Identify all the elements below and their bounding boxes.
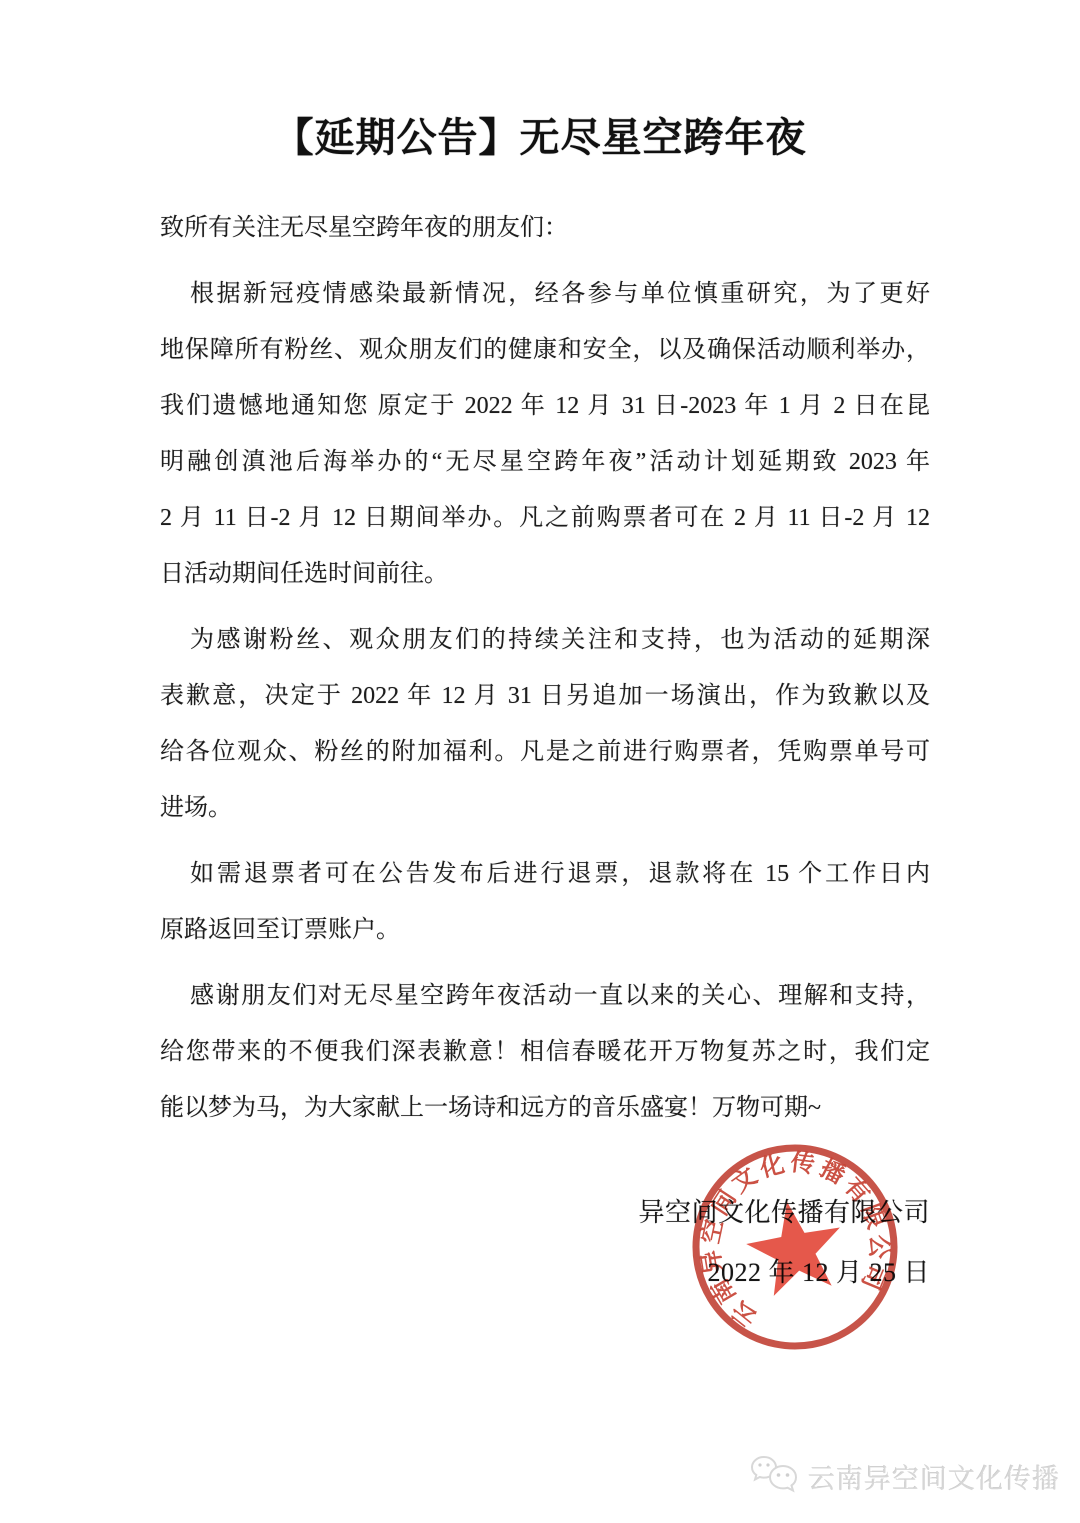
letter-line: 给您带来的不便我们深表歉意！相信春暖花开万物复苏之时，我们定 <box>160 1024 930 1080</box>
letter-line: 能以梦为马，为大家献上一场诗和远方的音乐盛宴！万物可期~ <box>160 1080 930 1136</box>
letter-body: 致所有关注无尽星空跨年夜的朋友们：根据新冠疫情感染最新情况，经各参与单位慎重研究… <box>160 200 930 1136</box>
stamp-star-icon <box>740 1193 849 1299</box>
announcement-page: 【延期公告】无尽星空跨年夜 致所有关注无尽星空跨年夜的朋友们：根据新冠疫情感染最… <box>0 0 1080 1523</box>
wechat-icon <box>750 1452 802 1500</box>
watermark-text: 云南异空间文化传播 <box>808 1457 1060 1496</box>
letter-line: 原路返回至订票账户。 <box>160 902 930 958</box>
letter-line: 致所有关注无尽星空跨年夜的朋友们： <box>160 200 930 256</box>
letter-line: 表歉意，决定于 2022 年 12 月 31 日另追加一场演出，作为致歉以及 <box>160 668 930 724</box>
letter-line: 根据新冠疫情感染最新情况，经各参与单位慎重研究，为了更好 <box>160 266 930 322</box>
wechat-watermark: 云南异空间文化传播 <box>750 1452 1060 1500</box>
letter-line: 日活动期间任选时间前往。 <box>160 546 930 602</box>
letter-line: 进场。 <box>160 780 930 836</box>
letter-line: 地保障所有粉丝、观众朋友们的健康和安全，以及确保活动顺利举办， <box>160 322 930 378</box>
letter-line: 明融创滇池后海举办的“无尽星空跨年夜”活动计划延期致 2023 年 <box>160 434 930 490</box>
page-title: 【延期公告】无尽星空跨年夜 <box>0 106 1080 163</box>
letter-line: 为感谢粉丝、观众朋友们的持续关注和支持，也为活动的延期深 <box>160 612 930 668</box>
letter-line: 如需退票者可在公告发布后进行退票，退款将在 15 个工作日内 <box>160 846 930 902</box>
letter-line: 我们遗憾地通知您 原定于 2022 年 12 月 31 日-2023 年 1 月… <box>160 378 930 434</box>
letter-line: 给各位观众、粉丝的附加福利。凡是之前进行购票者，凭购票单号可 <box>160 724 930 780</box>
company-seal-stamp: 云南异空间文化传播有限公司 <box>688 1140 902 1354</box>
letter-line: 感谢朋友们对无尽星空跨年夜活动一直以来的关心、理解和支持， <box>160 968 930 1024</box>
letter-line: 2 月 11 日-2 月 12 日期间举办。凡之前购票者可在 2 月 11 日-… <box>160 490 930 546</box>
